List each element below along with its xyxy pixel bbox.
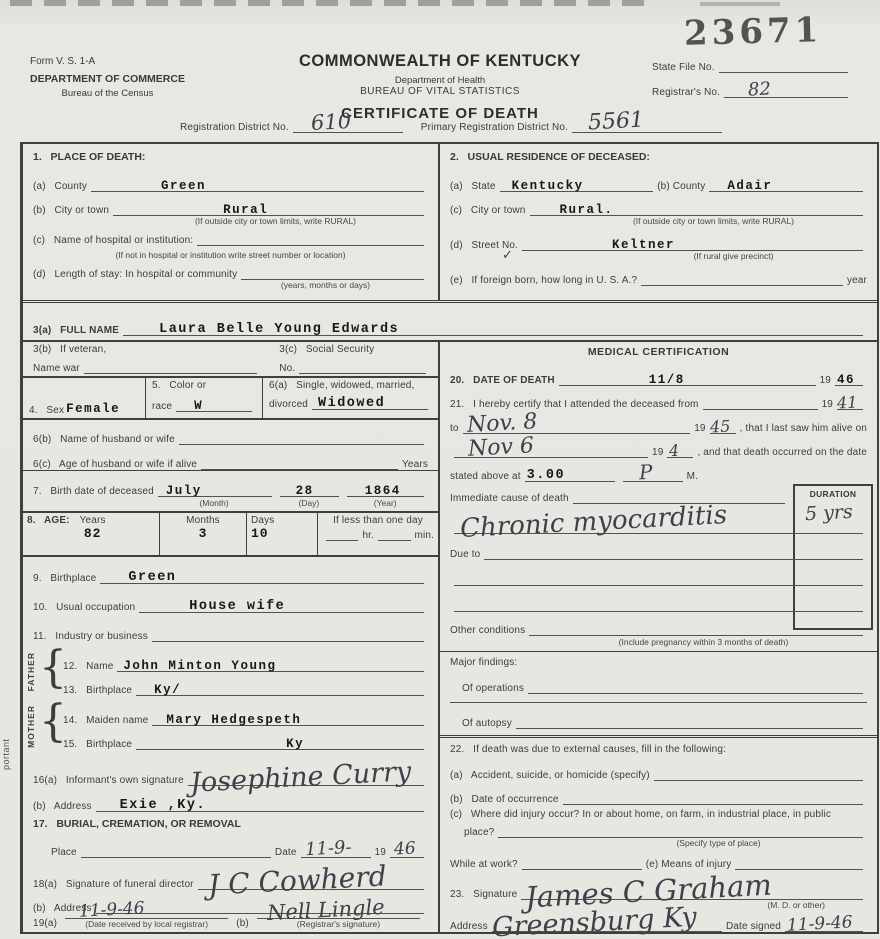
full-name-field: Laura Belle Young Edwards [123,321,863,336]
certify-line-3: Nov 6 19 4 , and that death occurred on … [440,434,877,458]
birth-month-cap: (Month) [153,498,275,508]
scan-artifact-mark [700,2,780,6]
operations-row: Of operations [440,670,877,694]
full-name-value: Laura Belle Young Edwards [159,322,399,337]
operations-label: Of operations [462,683,524,694]
age-row: 8. AGE: Years 82 Months 3 Days 10 If les… [23,513,438,557]
stated-label: stated above at [450,471,521,482]
birth-day-value: 28 [296,484,314,498]
primary-district-field: 5561 [572,118,722,133]
birth-year-cap: (Year) [342,498,428,508]
mother-group: MOTHER { 14. Maiden name Mary Hedgespeth… [23,702,438,750]
y2-prefix: 19 [694,423,705,434]
physician-address-row: Address Greensburg Ky Date signed 11-9-4… [440,910,877,932]
hospital-note: (If not in hospital or institution write… [23,250,438,260]
husband-field [179,430,424,445]
stay-field [241,265,424,280]
burial-place-field [81,843,271,858]
while-at-work-label: While at work? [450,859,518,870]
informant-address-value: Exie ,Ky. [120,798,206,813]
reg-district-label: Registration District No. [180,122,289,133]
blank-field-1 [454,571,863,586]
husband-label: 6(b) Name of husband or wife [33,434,175,445]
race-field: W [176,397,252,412]
city-note: (If outside city or town limits, write R… [113,216,438,226]
burial-date-value: 11-9- [304,837,352,860]
registrar-no-value: 82 [748,78,772,100]
age-months-label: Months [186,515,220,526]
hospital-label: (c) Name of hospital or institution: [33,235,193,246]
father-name-value: John Minton Young [123,659,276,673]
ssn-no-label: No. [279,363,295,374]
autopsy-row: Of autopsy [440,703,877,729]
foreign-born-label: (e) If foreign born, how long in U. S. A… [450,275,637,286]
due-to-label: Due to [450,549,480,560]
external-b-label: (b) Date of occurrence [450,794,559,805]
major-findings-section: Major findings: Of operations Of autopsy [440,651,877,735]
mother-birthplace-field: Ky [136,735,424,750]
time-value: 3.00 [527,468,565,483]
birth-day-cap: (Day) [275,498,342,508]
race-label-1: 5. Color or [152,380,256,391]
foreign-born-field [641,271,843,286]
y1-field: 41 [837,395,863,410]
birthplace-value: Green [128,570,176,585]
marital-field: Widowed [312,395,428,410]
certify-text-1: 21. I hereby certify that I attended the… [450,399,699,410]
commonwealth-title: COMMONWEALTH OF KENTUCKY [280,52,600,71]
due-to-field [484,545,863,560]
reg-district-value: 610 [310,109,351,135]
birthplace-row: 9. Birthplace Green [23,557,438,584]
full-name-label: 3(a) FULL NAME [33,325,119,336]
race-value: W [194,399,203,413]
funeral-director-label: 18(a) Signature of funeral director [33,879,194,890]
burial-date-label: Date [275,847,297,858]
cause-of-death-area: DURATION 5 yrs Immediate cause of death … [440,482,877,612]
other-conditions-label: Other conditions [450,625,525,636]
city-value: Rural [223,203,268,217]
birthplace-label: 9. Birthplace [33,573,96,584]
blank-field-2 [454,597,863,612]
burial-year-value: 46 [393,838,416,859]
primary-district-label: Primary Registration District No. [421,122,568,133]
residence-county-field: Adair [709,177,863,192]
department-name: DEPARTMENT OF COMMERCE [30,73,185,85]
father-side-label: FATHER [26,652,36,691]
occupation-value: House wife [189,599,285,614]
cause-label: Immediate cause of death [450,493,569,504]
father-name-label: 12. Name [63,661,113,672]
form-number: Form V. S. 1-A [30,56,185,67]
duration-label: DURATION [795,489,871,499]
y1-prefix: 19 [822,399,833,410]
father-birthplace-value: Ky/ [154,683,181,697]
y3-prefix: 19 [652,447,663,458]
informant-signature-row: 16(a) Informant's own signature Josephin… [23,756,438,786]
date-of-death-row: 20. DATE OF DEATH 11/8 19 46 [440,360,877,386]
external-a-field [654,766,863,781]
place-of-death-section: 1. PLACE OF DEATH: (a) County Green (b) … [23,144,440,300]
county-label: (a) County [33,181,87,192]
father-brace: { [39,648,53,696]
sex-value: Female [66,402,120,416]
registrar-signature-field: Nell Lingle [257,918,420,919]
registrar-date-field: 11-9-46 [65,918,228,919]
residence-city-label: (c) City or town [450,205,526,216]
full-name-row: 3(a) FULL NAME Laura Belle Young Edwards [23,303,877,342]
last-seen-field: Nov 6 [454,443,648,458]
time-field: 3.00 [525,467,615,482]
occupation-row: 10. Usual occupation House wife [23,584,438,613]
mother-birthplace-value: Ky [286,737,304,751]
residence-county-label: (b) County [657,181,705,192]
marital-label-2: divorced [269,399,308,410]
y3-value: 4 [669,441,680,461]
stay-note: (years, months or days) [213,280,438,290]
occupation-field: House wife [139,598,424,613]
y2-field: 45 [710,419,736,434]
file-number-stamp: 23671 [683,10,822,54]
other-conditions-field [529,621,863,636]
external-b-row: (b) Date of occurrence [440,781,877,805]
dod-field: 11/8 [559,371,816,386]
signature-23-label: 23. Signature [450,889,517,900]
ssn-label: 3(c) Social Security [279,344,430,355]
while-at-work-row: While at work? (e) Means of injury [440,848,877,870]
ampm-value: P [638,460,653,485]
autopsy-field [516,714,863,729]
dod-label: 20. DATE OF DEATH [450,375,555,386]
y2-value: 45 [709,416,730,436]
spouse-age-suffix: Years [402,459,428,470]
burial-year-prefix: 19 [375,847,386,858]
ampm-field: P [623,467,683,482]
industry-label: 11. Industry or business [33,631,148,642]
burial-title: 17. BURIAL, CREMATION, OR REMOVAL [23,812,438,832]
top-sections-row: 1. PLACE OF DEATH: (a) County Green (b) … [23,144,877,303]
age-hr-label: hr. [362,530,374,541]
bureau-vital-statistics: BUREAU OF VITAL STATISTICS [280,86,600,97]
other-conditions-note: (Include pregnancy within 3 months of de… [530,637,877,647]
header-left-block: Form V. S. 1-A DEPARTMENT OF COMMERCE Bu… [30,56,185,99]
county-field: Green [91,177,424,192]
y1-value: 41 [837,392,858,412]
age-less-label: If less than one day [333,515,423,526]
residence-state-value: Kentucky [512,179,584,193]
father-birthplace-label: 13. Birthplace [63,685,132,696]
spouse-age-label: 6(c) Age of husband or wife if alive [33,459,197,470]
scan-artifact-strip [10,0,650,6]
city-field: Rural [113,201,424,216]
external-causes-section: 22. If death was due to external causes,… [440,735,877,870]
street-note: (If rural give precinct) [590,251,877,261]
registrar-no-label: Registrar's No. [652,87,720,98]
sex-race-marital-row: 4. Sex Female 5. Color or race W 6(a) Si… [23,378,438,420]
external-c-note: (Specify type of place) [560,838,877,848]
physician-sig-cap: (M. D. or other) [767,900,825,910]
autopsy-label: Of autopsy [462,718,512,729]
operations-field [528,679,863,694]
birthplace-field: Green [100,569,424,584]
burial-year-field: 46 [390,843,424,858]
father-group: FATHER { 12. Name John Minton Young 13. … [23,648,438,696]
registrar-no-field: 82 [724,83,848,98]
y3-field: 4 [667,443,693,458]
date-signed-field: 11-9-46 [785,917,863,932]
registrar-row: 19(a) 11-9-46 (Date received by local re… [23,914,438,929]
residence-state-label: (a) State [450,181,496,192]
last-seen-value: Nov 6 [467,433,534,461]
registrar-19b-label: (b) [236,918,249,929]
dod-value: 11/8 [649,373,685,387]
while-at-work-field [522,855,642,870]
cause-field-2: Chronic myocarditis [454,519,863,534]
veteran-row: 3(b) If veteran, Name war 3(c) Social Se… [23,342,438,378]
certificate-form: 1. PLACE OF DEATH: (a) County Green (b) … [20,142,879,934]
ssn-field [299,359,426,374]
informant-label: 16(a) Informant's own signature [33,775,184,786]
parents-section: FATHER { 12. Name John Minton Young 13. … [23,642,438,756]
state-file-field [719,58,848,73]
certify-line-2: to Nov. 8 19 45 , that I last saw him al… [440,410,877,434]
funeral-director-field: J C Cowherd [198,875,424,890]
checkmark-icon: ✓ [502,247,513,263]
dod-year-prefix: 19 [820,375,831,386]
veteran-label: 3(b) If veteran, [33,344,261,355]
external-a-label: (a) Accident, suicide, or homicide (spec… [450,770,650,781]
age-label: 8. AGE: [27,515,70,526]
informant-signature-field: Josephine Curry [188,771,424,786]
father-birthplace-field: Ky/ [136,681,424,696]
street-field: Keltner [522,236,863,251]
to-label: to [450,423,459,434]
informant-address-field: Exie ,Ky. [96,797,424,812]
hospital-field [197,231,424,246]
certify-text-2: , that I last saw him alive on [740,423,867,434]
mother-name-value: Mary Hedgespeth [166,713,301,727]
external-title: 22. If death was due to external causes,… [440,742,877,757]
age-min-label: min. [415,530,435,541]
physician-signature-row: 23. Signature James C Graham [440,870,877,900]
external-c-label: (c) Where did injury occur? In or about … [440,805,877,820]
residence-county-value: Adair [727,179,772,193]
date-signed-value: 11-9-46 [787,912,854,935]
spouse-age-row: 6(c) Age of husband or wife if alive Yea… [23,445,438,470]
marital-value: Widowed [318,396,385,411]
dod-year-value: 46 [837,373,855,387]
residence-title: 2. USUAL RESIDENCE OF DECEASED: [440,149,877,167]
header-right-block: State File No. Registrar's No. 82 [652,58,852,108]
birth-month-value: July [166,484,202,498]
residence-city-field: Rural. [530,201,864,216]
occupation-label: 10. Usual occupation [33,602,135,613]
residence-city-value: Rural. [560,203,614,217]
husband-row: 6(b) Name of husband or wife [23,420,438,445]
external-a-row: (a) Accident, suicide, or homicide (spec… [440,757,877,781]
funeral-director-row: 18(a) Signature of funeral director J C … [23,858,438,890]
m-label: M. [687,471,698,482]
race-label-2: race [152,401,172,412]
marital-label-1: 6(a) Single, widowed, married, [269,380,432,391]
date-signed-label: Date signed [726,921,781,932]
reg-district-field: 610 [293,118,403,133]
external-c-row: place? [440,820,877,838]
residence-section: 2. USUAL RESIDENCE OF DECEASED: (a) Stat… [440,144,877,300]
age-years-value: 82 [84,526,102,541]
mother-name-field: Mary Hedgespeth [152,711,424,726]
mother-birthplace-label: 15. Birthplace [63,739,132,750]
left-column: 3(b) If veteran, Name war 3(c) Social Se… [23,342,440,932]
age-min-field [378,526,410,541]
father-name-field: John Minton Young [117,657,424,672]
means-of-injury-label: (e) Means of injury [646,859,732,870]
foreign-born-suffix: year [847,275,867,286]
industry-field [152,627,424,642]
informant-address-label: (b) Address [33,801,92,812]
age-years-label: Years [80,515,106,526]
dod-year-field: 46 [835,371,863,386]
city-label: (b) City or town [33,205,109,216]
birth-day-field: 28 [280,496,339,497]
physician-signature-section: 23. Signature James C Graham (M. D. or o… [440,870,877,932]
mother-name-label: 14. Maiden name [63,715,148,726]
mother-brace: { [39,702,53,750]
external-b-field [563,790,863,805]
veteran-war-field [84,359,257,374]
attended-from-field [703,395,818,410]
veteran-war-label: Name war [33,363,80,374]
age-hr-field [326,526,358,541]
margin-vertical-text: portant [1,738,11,770]
primary-district-value: 5561 [587,108,644,136]
certify-line-1: 21. I hereby certify that I attended the… [440,386,877,410]
dept-of-health: Department of Health [280,75,600,86]
physician-signature-field: James C Graham [521,885,863,900]
stay-label: (d) Length of stay: In hospital or commu… [33,269,237,280]
birth-date-row: 7. Birth date of deceased July 28 18 [23,470,438,513]
burial-place-row: Place Date 11-9- 19 46 [23,832,438,858]
age-months-value: 3 [199,526,208,541]
external-c-label-2: place? [464,827,494,838]
burial-date-field: 11-9- [301,843,371,858]
state-file-label: State File No. [652,62,715,73]
birth-year-field: 1864 [347,496,424,497]
external-c-field [498,823,863,838]
attended-to-field: Nov. 8 [463,419,691,434]
certify-text-3: , and that death occurred on the date [697,447,867,458]
residence-city-note: (If outside city or town limits, write R… [550,216,877,226]
place-of-death-title: 1. PLACE OF DEATH: [23,149,438,167]
physician-address-field: Greensburg Ky [492,917,722,932]
registration-district-row: Registration District No. 610 Primary Re… [180,118,840,133]
mother-side-label: MOTHER [26,705,36,748]
birth-month-field: July [158,496,272,497]
registrar-date-value: 11-9-46 [79,898,146,921]
spouse-age-field [201,455,398,470]
burial-place-label: Place [51,847,77,858]
birth-year-value: 1864 [365,484,401,498]
certification-statement: 21. I hereby certify that I attended the… [440,386,877,482]
age-days-value: 10 [251,526,269,541]
birth-date-label: 7. Birth date of deceased [33,486,154,497]
county-value: Green [161,179,206,193]
major-findings-label: Major findings: [440,655,877,670]
registrar-19a-label: 19(a) [33,918,57,929]
bureau-name: Bureau of the Census [30,88,185,99]
sex-label: 4. Sex [29,405,64,416]
age-days-label: Days [251,515,274,526]
medical-certification-title: MEDICAL CERTIFICATION [440,342,877,360]
street-value: Keltner [612,238,675,252]
certify-line-4: stated above at 3.00 P M. [440,458,877,482]
right-column: MEDICAL CERTIFICATION 20. DATE OF DEATH … [440,342,877,932]
physician-address-label: Address [450,921,488,932]
residence-state-field: Kentucky [500,177,654,192]
industry-row: 11. Industry or business [23,613,438,642]
